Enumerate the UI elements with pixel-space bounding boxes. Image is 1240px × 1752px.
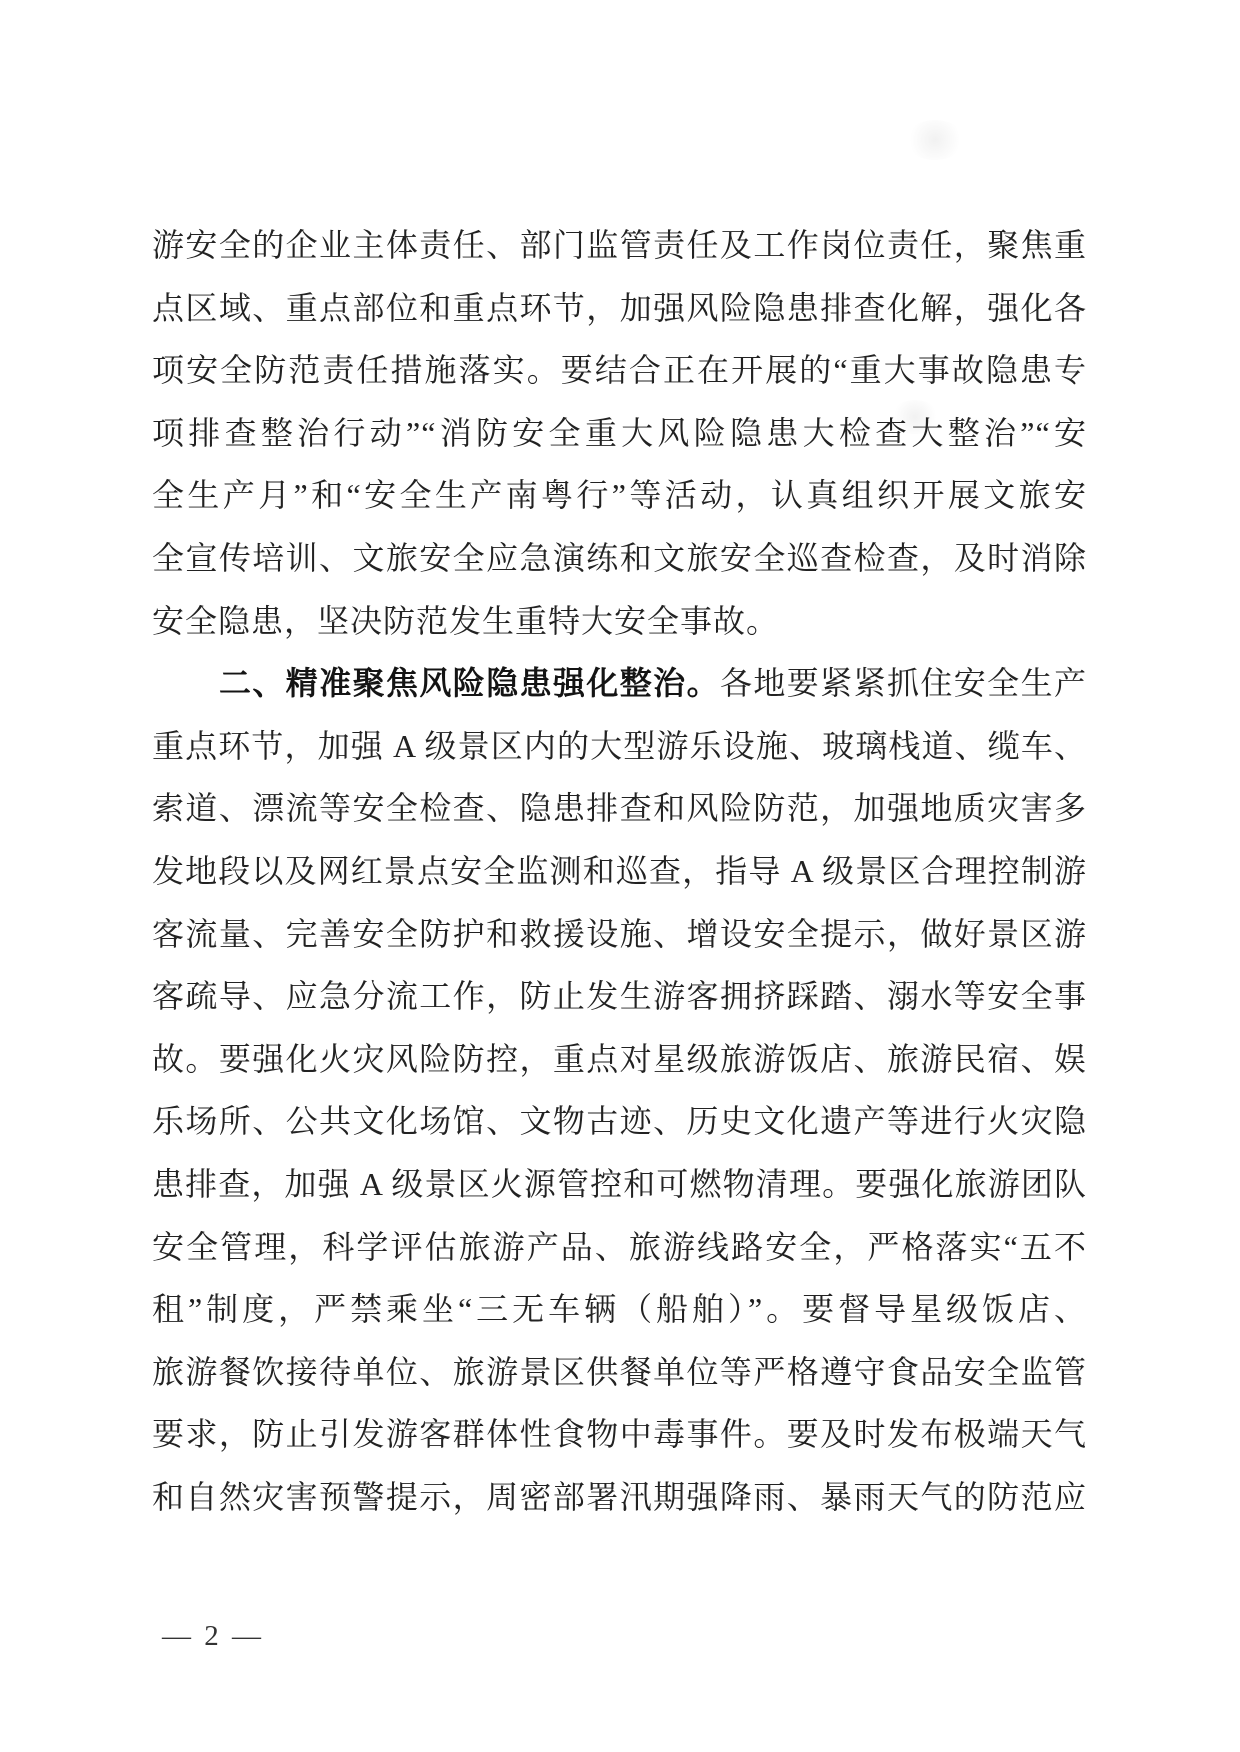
body-text-segment: 安全管理，科学评估旅游产品、旅游线路安全，严格落实“五不	[152, 1229, 1087, 1265]
body-text-segment: 项安全防范责任措施落实。要结合正在开展的“重大事故隐患专	[152, 352, 1087, 388]
body-text-segment: 全宣传培训、文旅安全应急演练和文旅安全巡查检查，及时消除	[152, 540, 1087, 576]
text-line: 安全隐患，坚决防范发生重特大安全事故。	[152, 590, 1087, 653]
scan-artifact	[905, 120, 965, 160]
text-line: 索道、漂流等安全检查、隐患排查和风险防范，加强地质灾害多	[152, 777, 1087, 840]
text-line: 旅游餐饮接待单位、旅游景区供餐单位等严格遵守食品安全监管	[152, 1341, 1087, 1404]
body-text-segment: 客流量、完善安全防护和救援设施、增设安全提示，做好景区游	[152, 916, 1087, 952]
body-text-segment: 索道、漂流等安全检查、隐患排查和风险防范，加强地质灾害多	[152, 790, 1087, 826]
body-text-segment: 患排查，加强 A 级景区火源管控和可燃物清理。要强化旅游团队	[152, 1166, 1087, 1202]
text-line: 发地段以及网红景点安全监测和巡查，指导 A 级景区合理控制游	[152, 840, 1087, 903]
text-line: 二、精准聚焦风险隐患强化整治。各地要紧紧抓住安全生产	[152, 652, 1087, 715]
body-text-segment: 游安全的企业主体责任、部门监管责任及工作岗位责任，聚焦重	[152, 227, 1087, 263]
body-text-segment: 项排查整治行动”“消防安全重大风险隐患大检查大整治”“安	[152, 415, 1087, 451]
body-text-segment: 重点环节，加强 A 级景区内的大型游乐设施、玻璃栈道、缆车、	[152, 728, 1087, 764]
body-text-segment: 全生产月”和“安全生产南粤行”等活动，认真组织开展文旅安	[152, 477, 1087, 513]
text-line: 乐场所、公共文化场馆、文物古迹、历史文化遗产等进行火灾隐	[152, 1090, 1087, 1153]
text-line: 客流量、完善安全防护和救援设施、增设安全提示，做好景区游	[152, 903, 1087, 966]
body-text-segment: 要求，防止引发游客群体性食物中毒事件。要及时发布极端天气	[152, 1416, 1087, 1452]
section-heading-segment: 二、精准聚焦风险隐患强化整治。	[219, 665, 720, 701]
text-line: 重点环节，加强 A 级景区内的大型游乐设施、玻璃栈道、缆车、	[152, 715, 1087, 778]
body-text-segment: 安全隐患，坚决防范发生重特大安全事故。	[152, 603, 779, 639]
text-line: 故。要强化火灾风险防控，重点对星级旅游饭店、旅游民宿、娱	[152, 1028, 1087, 1091]
text-line: 安全管理，科学评估旅游产品、旅游线路安全，严格落实“五不	[152, 1216, 1087, 1279]
text-line: 游安全的企业主体责任、部门监管责任及工作岗位责任，聚焦重	[152, 214, 1087, 277]
page-number: — 2 —	[162, 1616, 264, 1656]
text-line: 租”制度，严禁乘坐“三无车辆（船舶）”。要督导星级饭店、	[152, 1278, 1087, 1341]
body-text-segment: 各地要紧紧抓住安全生产	[720, 665, 1087, 701]
body-text-segment: 发地段以及网红景点安全监测和巡查，指导 A 级景区合理控制游	[152, 853, 1087, 889]
text-line: 患排查，加强 A 级景区火源管控和可燃物清理。要强化旅游团队	[152, 1153, 1087, 1216]
text-line: 点区域、重点部位和重点环节，加强风险隐患排查化解，强化各	[152, 277, 1087, 340]
body-text-segment: 旅游餐饮接待单位、旅游景区供餐单位等严格遵守食品安全监管	[152, 1354, 1087, 1390]
body-text-segment: 点区域、重点部位和重点环节，加强风险隐患排查化解，强化各	[152, 290, 1087, 326]
body-text-segment: 故。要强化火灾风险防控，重点对星级旅游饭店、旅游民宿、娱	[152, 1041, 1087, 1077]
body-text-segment: 乐场所、公共文化场馆、文物古迹、历史文化遗产等进行火灾隐	[152, 1103, 1087, 1139]
body-text-segment: 和自然灾害预警提示，周密部署汛期强降雨、暴雨天气的防范应	[152, 1479, 1087, 1515]
document-page: 游安全的企业主体责任、部门监管责任及工作岗位责任，聚焦重点区域、重点部位和重点环…	[0, 0, 1240, 1752]
text-line: 项排查整治行动”“消防安全重大风险隐患大检查大整治”“安	[152, 402, 1087, 465]
text-line: 项安全防范责任措施落实。要结合正在开展的“重大事故隐患专	[152, 339, 1087, 402]
text-line: 要求，防止引发游客群体性食物中毒事件。要及时发布极端天气	[152, 1403, 1087, 1466]
text-line: 和自然灾害预警提示，周密部署汛期强降雨、暴雨天气的防范应	[152, 1466, 1087, 1529]
text-line: 全宣传培训、文旅安全应急演练和文旅安全巡查检查，及时消除	[152, 527, 1087, 590]
document-body: 游安全的企业主体责任、部门监管责任及工作岗位责任，聚焦重点区域、重点部位和重点环…	[152, 214, 1087, 1528]
body-text-segment: 客疏导、应急分流工作，防止发生游客拥挤踩踏、溺水等安全事	[152, 978, 1087, 1014]
text-line: 客疏导、应急分流工作，防止发生游客拥挤踩踏、溺水等安全事	[152, 965, 1087, 1028]
text-line: 全生产月”和“安全生产南粤行”等活动，认真组织开展文旅安	[152, 464, 1087, 527]
body-text-segment: 租”制度，严禁乘坐“三无车辆（船舶）”。要督导星级饭店、	[152, 1291, 1087, 1327]
